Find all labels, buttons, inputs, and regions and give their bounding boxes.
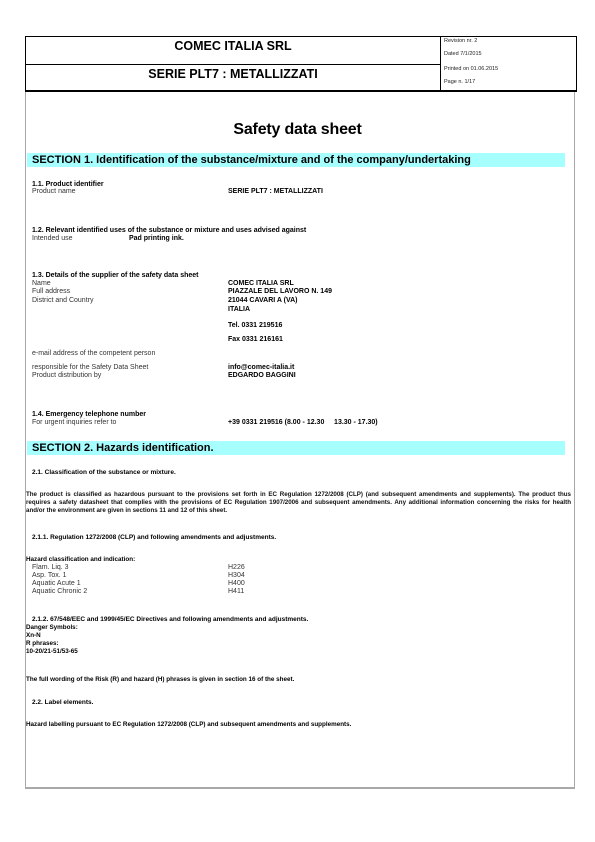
address-label: Full address [32,288,70,296]
danger-symbols-value: Xn-N [26,632,41,640]
intended-use-value: Pad printing ink. [129,235,184,243]
hazard-class: Asp. Tox. 1 [32,572,67,580]
company-name: COMEC ITALIA SRL [26,37,440,65]
hazard-class: Aquatic Chronic 2 [32,588,87,596]
supplier-name-label: Name [32,280,51,288]
page-number: Page n. 1/17 [444,79,475,85]
email-value[interactable]: info@comec-italia.it [228,364,294,372]
supplier-name-value: COMEC ITALIA SRL [228,280,294,288]
distribution-value: EDGARDO BAGGINI [228,372,296,380]
hazard-code: H411 [228,588,244,596]
hazard-classification-label: Hazard classification and indication: [26,556,135,564]
r-phrases-value: 10-20/21-51/53-65 [26,648,78,656]
section-1-header: SECTION 1. Identification of the substan… [27,153,565,167]
dated: Dated 7/1/2015 [444,51,482,57]
fax: Fax 0331 216161 [228,336,283,344]
section-2-title: SECTION 2. Hazards identification. [32,441,214,455]
hazard-class: Aquatic Acute 1 [32,580,81,588]
full-wording-note: The full wording of the Risk (R) and haz… [26,676,294,684]
printed-on: Printed on 01.06.2015 [444,66,498,72]
s1-3-heading: 1.3. Details of the supplier of the safe… [32,272,199,280]
document-header: COMEC ITALIA SRL SERIE PLT7 : METALLIZZA… [25,36,577,92]
r-phrases-label: R phrases: [26,640,59,648]
s2-1-2-heading: 2.1.2. 67/548/EEC and 1999/45/EC Directi… [32,616,308,624]
district-label: District and Country [32,297,93,305]
s2-1-heading: 2.1. Classification of the substance or … [32,469,176,477]
s2-1-1-heading: 2.1.1. Regulation 1272/2008 (CLP) and fo… [32,534,276,542]
revision-number: Revision nr. 2 [444,38,477,44]
s2-2-heading: 2.2. Label elements. [32,699,93,707]
distribution-label: Product distribution by [32,372,101,380]
section-2-header: SECTION 2. Hazards identification. [27,441,565,455]
urgent-label: For urgent inquiries refer to [32,419,116,427]
address-value: PIAZZALE DEL LAVORO N. 149 [228,288,332,296]
classification-paragraph: The product is classified as hazardous p… [26,491,571,515]
product-name-label: Product name [32,188,76,196]
s1-4-heading: 1.4. Emergency telephone number [32,411,146,419]
district-value: 21044 CAVARI A (VA) [228,297,298,305]
intended-use-label: Intended use [32,235,72,243]
telephone: Tel. 0331 219516 [228,322,282,330]
product-name: SERIE PLT7 : METALLIZZATI [26,64,440,91]
urgent-value: +39 0331 219516 (8.00 - 12.30 13.30 - 17… [228,419,378,427]
page-title: Safety data sheet [0,121,595,139]
country-value: ITALIA [228,306,250,314]
hazard-code: H226 [228,564,245,572]
s1-2-heading: 1.2. Relevant identified uses of the sub… [32,227,306,235]
header-left: COMEC ITALIA SRL SERIE PLT7 : METALLIZZA… [26,37,441,90]
hazard-code: H400 [228,580,245,588]
product-name-value: SERIE PLT7 : METALLIZZATI [228,188,323,196]
email-label-line2: responsible for the Safety Data Sheet [32,364,148,372]
labelling-text: Hazard labelling pursuant to EC Regulati… [26,721,351,729]
section-1-title: SECTION 1. Identification of the substan… [32,153,471,167]
hazard-code: H304 [228,572,245,580]
email-label-line1: e-mail address of the competent person [32,350,155,358]
hazard-class: Flam. Liq. 3 [32,564,69,572]
danger-symbols-label: Danger Symbols: [26,624,78,632]
header-meta: Revision nr. 2 Dated 7/1/2015 Printed on… [444,37,574,90]
